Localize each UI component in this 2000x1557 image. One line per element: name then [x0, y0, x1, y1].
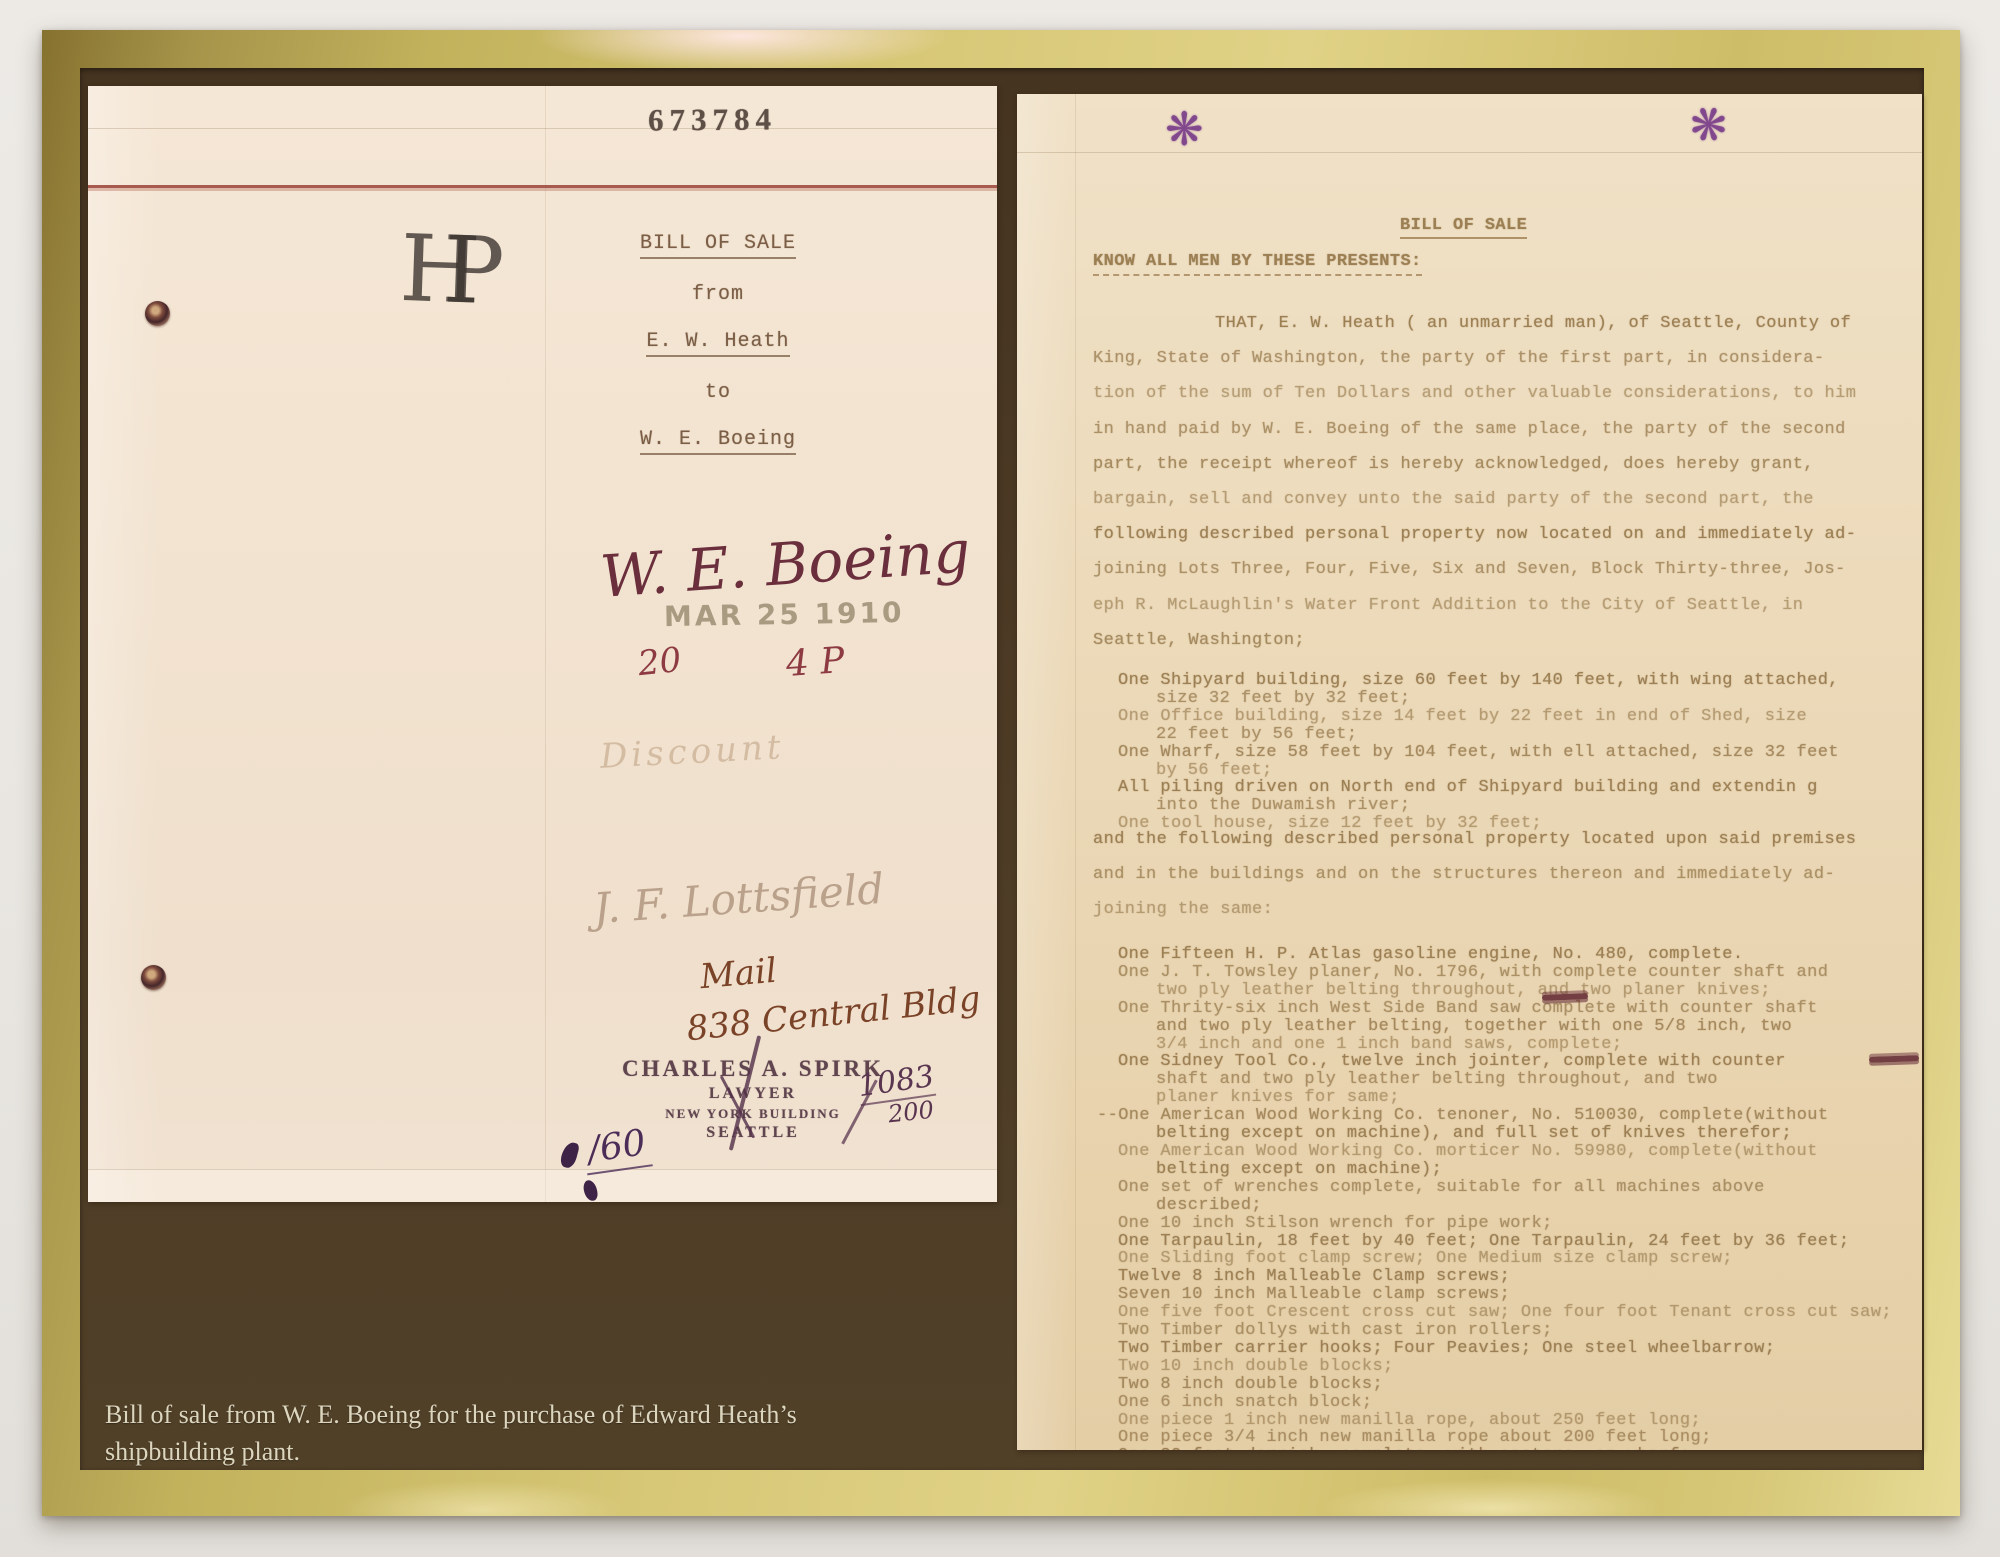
witness-signature: J. F. Lottsfield [592, 864, 886, 933]
typed-line: and in the buildings and on the structur… [1093, 857, 1856, 892]
typed-line: One Tarpaulin, 18 feet by 40 feet; One T… [1118, 1233, 1892, 1251]
typed-line: One Thrity-six inch West Side Band saw c… [1118, 1000, 1892, 1018]
typed-line: two ply leather belting throughout, and … [1118, 982, 1892, 1000]
typed-line: Seven 10 inch Malleable clamp screws; [1118, 1286, 1892, 1304]
typed-line: One Sliding foot clamp screw; One Medium… [1118, 1250, 1892, 1268]
gold-framed-plaque: 673784 HP BILL OF SALE from E. W. Heath … [42, 30, 1960, 1516]
typed-line: and the following described personal pro… [1093, 822, 1856, 857]
faded-handwriting: Discount [599, 727, 785, 777]
typed-line: tion of the sum of Ten Dollars and other… [1093, 376, 1856, 411]
typed-line: following described personal property no… [1093, 517, 1856, 552]
ink-scribble-strikethrough [1869, 1055, 1919, 1063]
plaque-caption: Bill of sale from W. E. Boeing for the p… [105, 1396, 865, 1470]
typed-line: 3/4 inch and one 1 inch band saws, compl… [1118, 1036, 1892, 1054]
handwritten-note-4p: 4 P [785, 640, 846, 685]
typed-line: One Shipyard building, size 60 feet by 1… [1118, 672, 1839, 690]
typed-line: King, State of Washington, the party of … [1093, 341, 1856, 376]
lawyer-title: LAWYER [608, 1085, 898, 1103]
typed-line: One American Wood Working Co. morticer N… [1118, 1143, 1892, 1161]
caption-line: shipbuilding plant. [105, 1433, 865, 1470]
boeing-signature: W. E. Boeing [598, 517, 972, 611]
typed-line: One 6 inch snatch block; [1118, 1394, 1892, 1412]
typed-line: 22 feet by 56 feet; [1118, 726, 1839, 744]
ink-blot [559, 1141, 580, 1170]
typed-line: THAT, E. W. Heath ( an unmarried man), o… [1093, 306, 1856, 341]
opening-clause: KNOW ALL MEN BY THESE PRESENTS: [1093, 252, 1422, 276]
seller-name: E. W. Heath [646, 330, 789, 357]
paper-crease [88, 128, 997, 129]
typed-line: One piece 1 inch new manilla rope, about… [1118, 1412, 1892, 1430]
typed-line: eph R. McLaughlin's Water Front Addition… [1093, 588, 1856, 623]
typed-line: Twelve 8 inch Malleable Clamp screws; [1118, 1268, 1892, 1286]
typed-line: One 10 inch Stilson wrench for pipe work… [1118, 1215, 1892, 1233]
typed-line: into the Duwamish river; [1118, 797, 1839, 815]
red-ruled-line [88, 185, 997, 188]
typed-line: by 56 feet; [1118, 762, 1839, 780]
typed-line: Two 8 inch double blocks; [1118, 1376, 1892, 1394]
typed-line: One Office building, size 14 feet by 22 … [1118, 708, 1839, 726]
typed-line: belting except on machine); [1118, 1161, 1892, 1179]
paper-crease [1017, 152, 1922, 153]
date-stamp: MAR 25 1910 [664, 596, 905, 633]
mail-note: Mail [698, 951, 778, 998]
caption-line: Bill of sale from W. E. Boeing for the p… [105, 1396, 865, 1433]
typed-line: Two Timber dollys with cast iron rollers… [1118, 1322, 1892, 1340]
typed-line: One Wharf, size 58 feet by 104 feet, wit… [1118, 744, 1839, 762]
buyer-name: W. E. Boeing [640, 428, 796, 455]
typed-line: and two ply leather belting, together wi… [1118, 1018, 1892, 1036]
typed-line: One piece 3/4 inch new manilla rope abou… [1118, 1429, 1892, 1447]
typed-line: One J. T. Towsley planer, No. 1796, with… [1118, 964, 1892, 982]
handwritten-note-20: 20 [636, 640, 683, 684]
typed-line: Two Timber carrier hooks; Four Peavies; … [1118, 1340, 1892, 1358]
page-title: BILL OF SALE [1400, 216, 1527, 239]
typed-line: in hand paid by W. E. Boeing of the same… [1093, 412, 1856, 447]
typed-line: joining Lots Three, Four, Five, Six and … [1093, 552, 1856, 587]
para1: THAT, E. W. Heath ( an unmarried man), o… [1093, 306, 1856, 658]
typed-line: described; [1118, 1197, 1892, 1215]
typed-line: planer knives for same; [1118, 1089, 1892, 1107]
para2: and the following described personal pro… [1093, 822, 1856, 928]
typed-line: One five foot Crescent cross cut saw; On… [1118, 1304, 1892, 1322]
typed-line: part, the receipt whereof is hereby ackn… [1093, 447, 1856, 482]
typed-line: joining the same: [1093, 892, 1856, 927]
photo-of-framed-document: { "caption": { "lines": [ "Bill of sale … [0, 0, 2000, 1557]
typed-line: One Fifteen H. P. Atlas gasoline engine,… [1118, 946, 1892, 964]
purple-stamp-icon: ❋ [1680, 94, 1736, 157]
bill-of-sale-cover-page: 673784 HP BILL OF SALE from E. W. Heath … [88, 86, 997, 1202]
brass-fastener [145, 301, 170, 326]
typed-line: --One American Wood Working Co. tenoner,… [1097, 1107, 1892, 1125]
typed-line: bargain, sell and convey unto the said p… [1093, 482, 1856, 517]
document-number-stamp: 673784 [648, 101, 777, 138]
personal-property-list: One Fifteen H. P. Atlas gasoline engine,… [1118, 946, 1892, 1450]
cover-title: BILL OF SALE [640, 232, 796, 259]
real-property-list: One Shipyard building, size 60 feet by 1… [1118, 672, 1839, 833]
paper-fold-line [1075, 94, 1076, 1450]
paper-edge-strip [88, 1169, 997, 1202]
from-label: from [633, 283, 803, 306]
typed-line: One set of wrenches complete, suitable f… [1118, 1179, 1892, 1197]
typed-line: Two 10 inch double blocks; [1118, 1358, 1892, 1376]
paper-fold-line [545, 86, 546, 1202]
typed-line: Seattle, Washington; [1093, 623, 1856, 658]
to-label: to [633, 381, 803, 404]
purple-stamp-icon: ❋ [1165, 102, 1204, 156]
fraction-note: /60 [581, 1122, 653, 1176]
typed-line: size 32 feet by 32 feet; [1118, 690, 1839, 708]
brass-fastener [141, 965, 166, 990]
typed-line: All piling driven on North end of Shipya… [1118, 779, 1839, 797]
bill-of-sale-text-page: ❋ ❋ BILL OF SALE KNOW ALL MEN BY THESE P… [1017, 94, 1922, 1450]
typed-line: belting except on machine), and full set… [1118, 1125, 1892, 1143]
handwritten-monogram: HP [398, 215, 468, 324]
typed-line: One Sidney Tool Co., twelve inch jointer… [1118, 1053, 1892, 1071]
typed-line: One 30 foot derrick, complete, with cast… [1118, 1447, 1892, 1450]
amount-note-bottom: 200 [887, 1096, 935, 1129]
typed-line: shaft and two ply leather belting throug… [1118, 1071, 1892, 1089]
typed-heading-block: BILL OF SALE from E. W. Heath to W. E. B… [633, 232, 803, 479]
